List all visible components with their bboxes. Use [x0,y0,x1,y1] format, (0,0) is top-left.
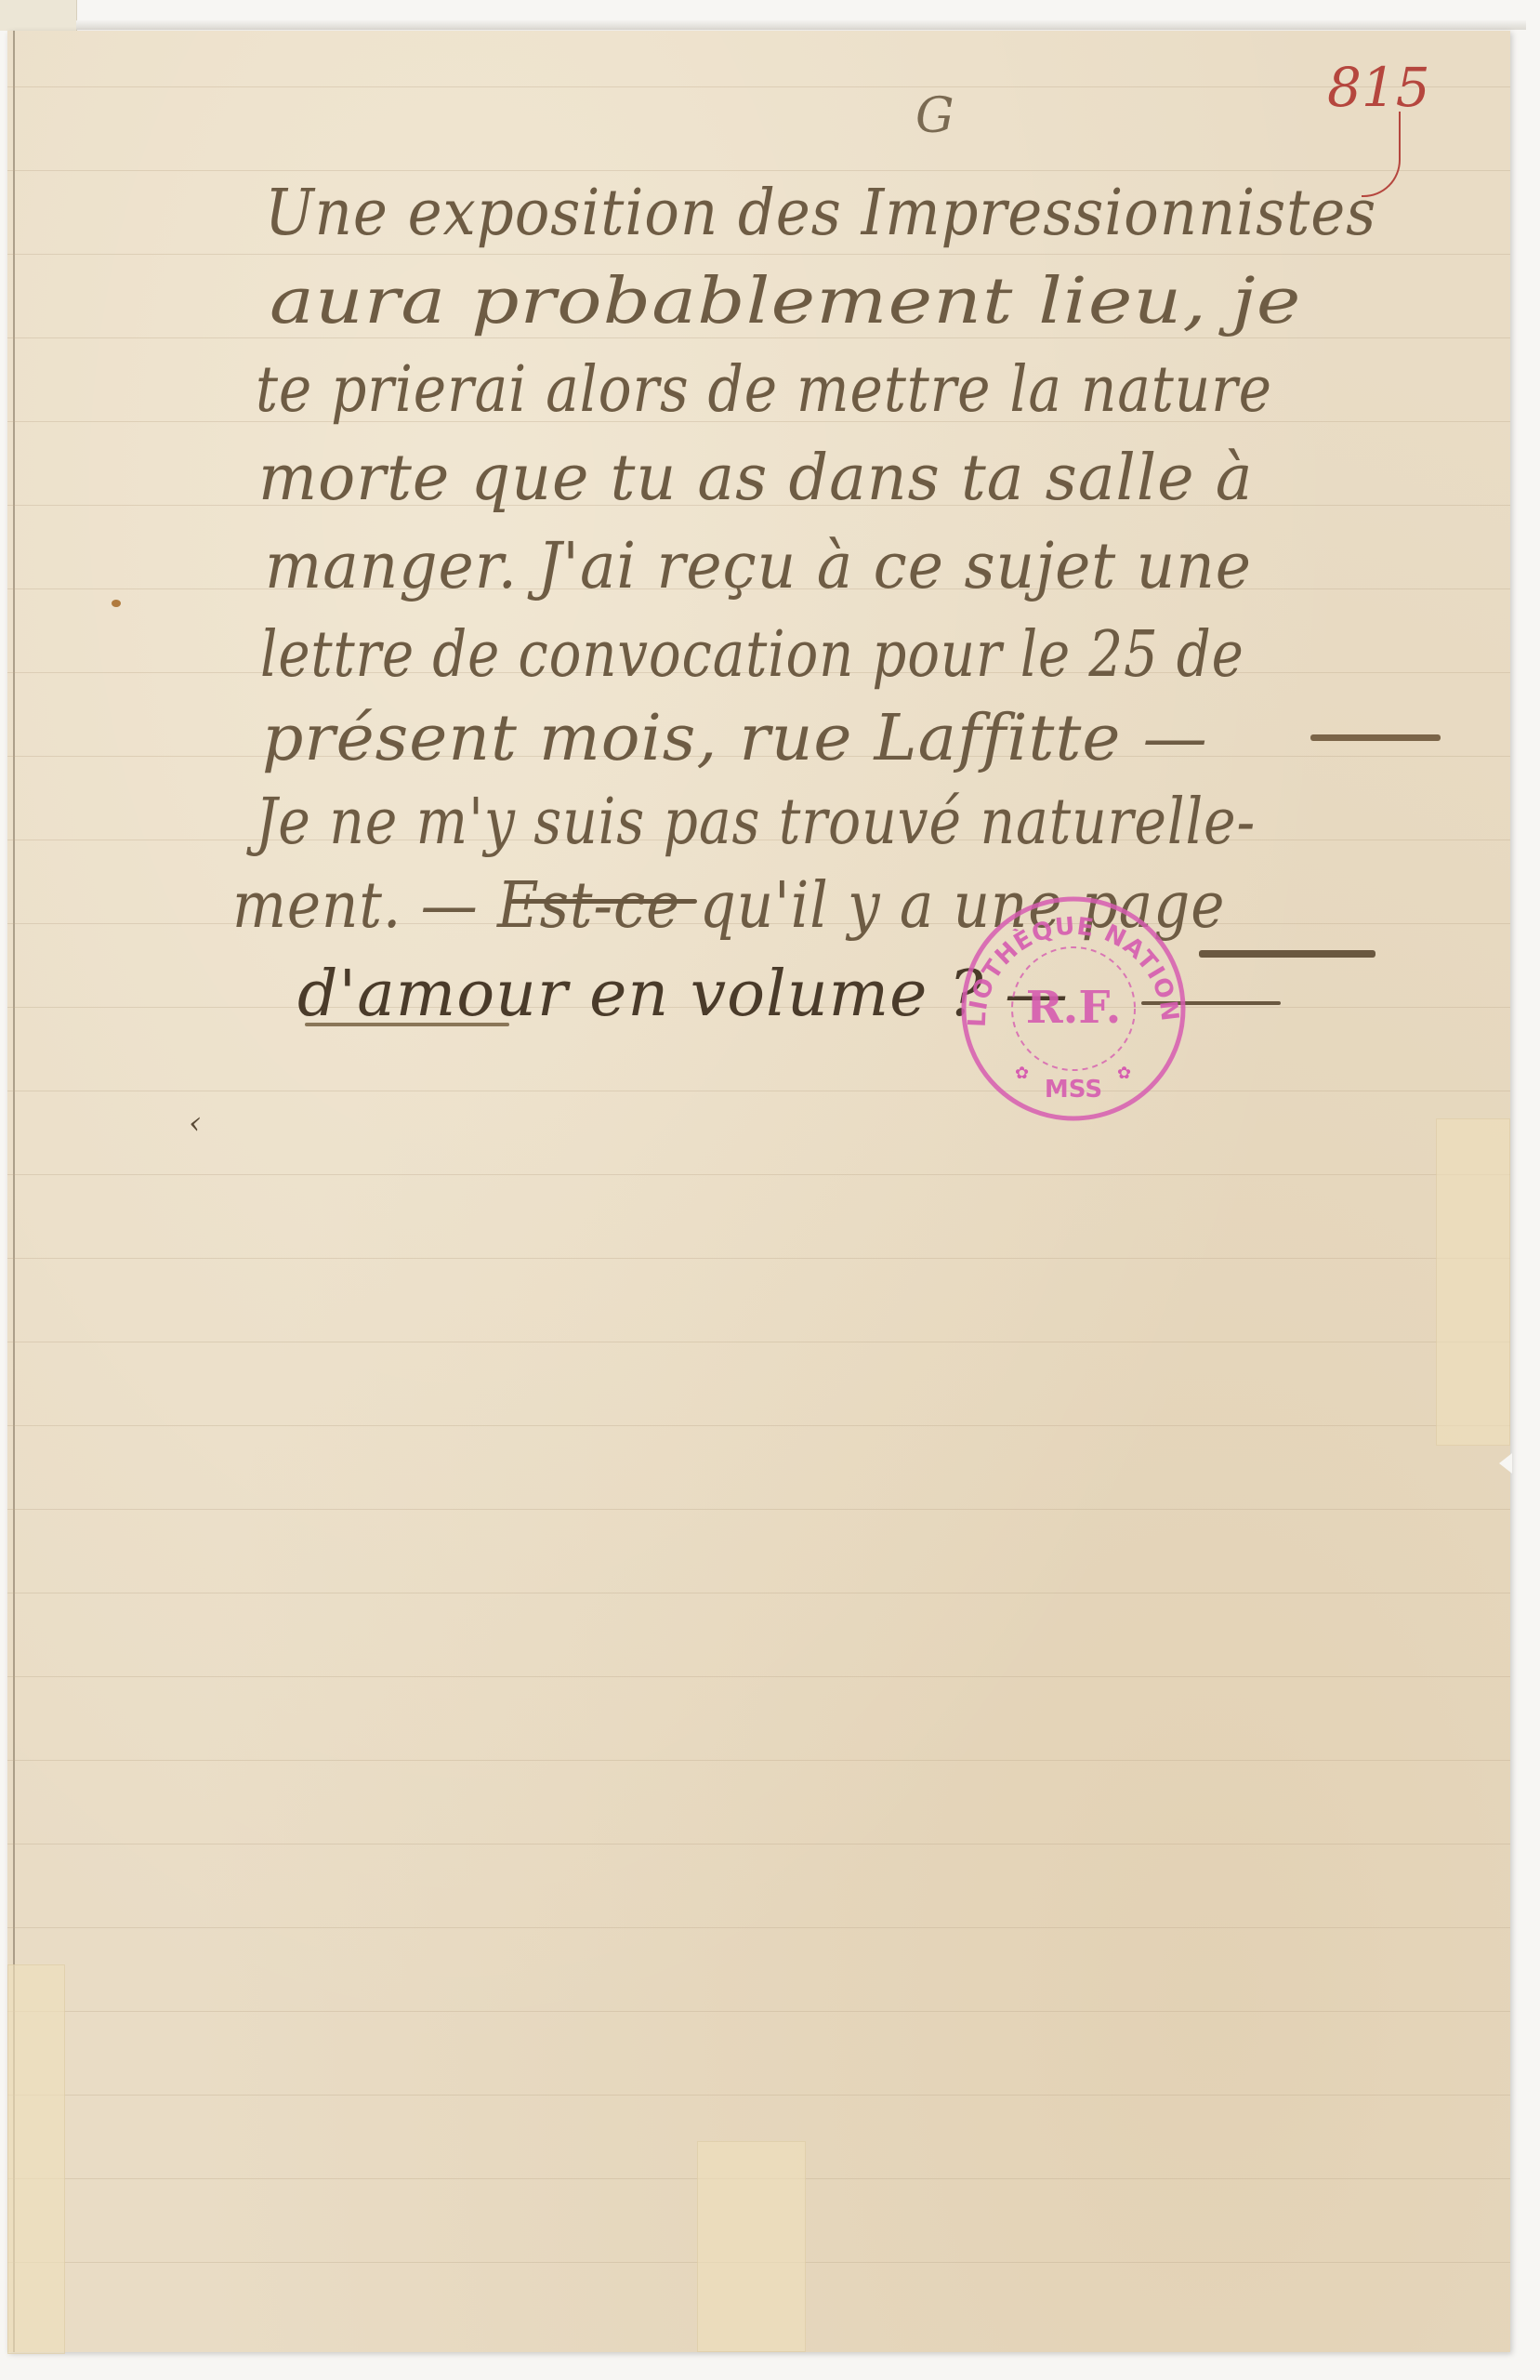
svg-text:R.F.: R.F. [1026,982,1122,1034]
ink-strikethrough [1199,950,1375,958]
letter-line-4: morte que tu as dans ta salle à [258,442,1253,515]
ruled-line [7,1844,1510,1844]
repair-tape-left [7,1964,65,2354]
letter-line-2: aura probablement lieu, je [270,265,1302,338]
bibliotheque-nationale-stamp: BIBLIOTHÈQUE NATIONALE R.F. MSS ✿ ✿ [957,892,1190,1125]
repair-tape-right [1436,1118,1510,1446]
ruled-line [7,1593,1510,1593]
letter-line-1: Une exposition des Impressionnistes [265,177,1376,250]
insertion-mark: G [915,88,954,144]
ruled-line [7,2095,1510,2096]
svg-text:✿: ✿ [1117,1064,1131,1083]
svg-text:✿: ✿ [1015,1064,1029,1083]
page-top-shadow [76,20,1526,30]
ruled-line [7,1425,1510,1426]
ink-dash-stroke [511,899,697,904]
ruled-line [7,1174,1510,1175]
repair-tape-bottom [697,2141,806,2352]
ruled-line [7,1760,1510,1761]
letter-line-7: présent mois, rue Laffitte — [262,702,1208,775]
ink-speck [112,600,121,607]
stray-pen-mark: ‹ [189,1104,202,1142]
letter-line-10: d'amour en volume ? — [297,958,1069,1031]
underline-damour [305,1023,509,1026]
ruled-line [7,1927,1510,1928]
ruled-line [7,1509,1510,1510]
letter-line-5: manger. J'ai reçu à ce sujet une [265,530,1252,603]
page-edge-notch [1499,1453,1512,1474]
letter-line-3: te prierai alors de mettre la nature [256,353,1272,427]
ruled-line [7,86,1510,87]
folio-number: 815 [1327,56,1430,119]
letter-line-8: Je ne m'y suis pas trouvé naturelle- [256,786,1256,859]
letter-line-6: lettre de convocation pour le 25 de [260,618,1244,692]
ruled-line [7,254,1510,255]
ruled-line [7,170,1510,171]
ink-dash-stroke [1310,734,1441,741]
ruled-line [7,1258,1510,1259]
ruled-line [7,1676,1510,1677]
ruled-line [7,2011,1510,2012]
ruled-line [7,1091,1510,1091]
svg-text:MSS: MSS [1045,1076,1102,1104]
mount-strip-top-left [0,0,77,31]
ruled-line [7,1342,1510,1342]
